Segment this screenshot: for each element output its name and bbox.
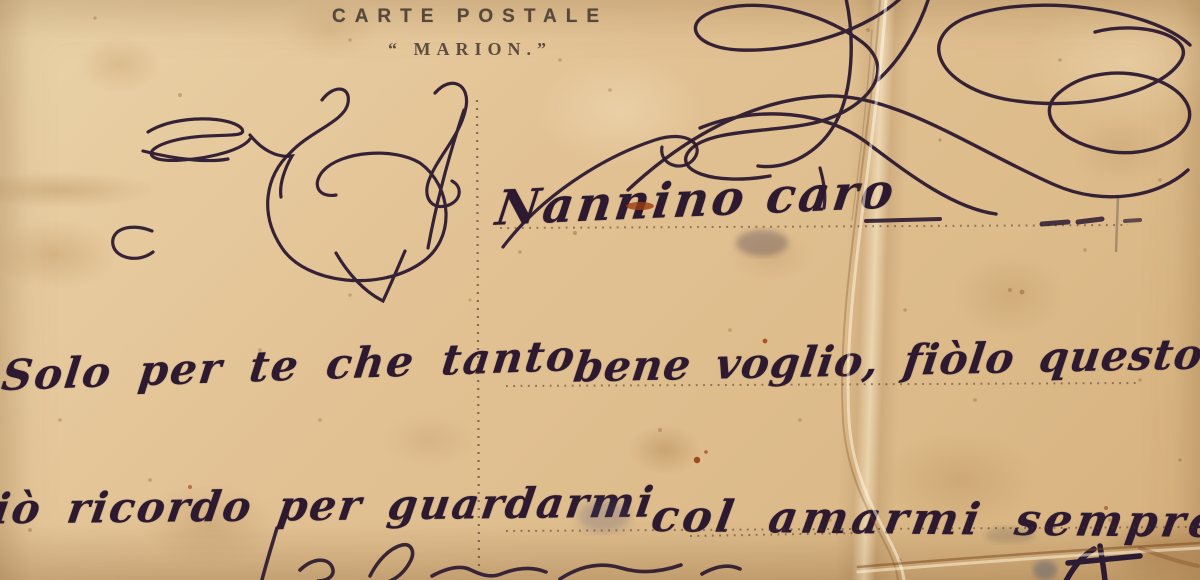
printed-title: CARTE POSTALE: [300, 6, 640, 28]
handwriting-line2-right: col amarmi sempre: [648, 491, 1200, 548]
printed-header: CARTE POSTALE “ MARION.”: [300, 6, 640, 60]
handwriting-line2-left: iò ricordo per guardarmi: [0, 478, 658, 534]
printed-brand: “ MARION.”: [300, 39, 640, 60]
postcard-scan: CARTE POSTALE “ MARION.” Nannino caro So…: [0, 0, 1200, 580]
